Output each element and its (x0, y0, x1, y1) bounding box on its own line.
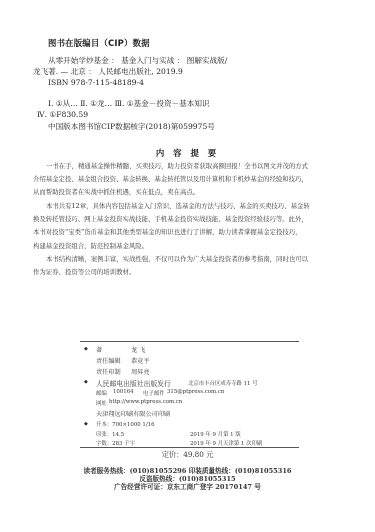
website-label: 网址 (96, 399, 107, 407)
author-name: 龙 飞 (131, 345, 145, 354)
summary-paragraph-1: 一书在手，精通基金操作精髓、买卖技巧，助力投资者获取高额回报！全书以图文并茂的方… (33, 160, 343, 200)
print-run: 2019 年 9 月天津第 1 次印刷 (190, 439, 262, 447)
summary-paragraph-2: 本书共有12章，具体内容包括基金入门常识、选基金的方法与技巧、基金的买卖技巧、基… (33, 200, 343, 253)
publisher-name: 人民邮电出版社出版发行 (96, 378, 171, 388)
bullet-icon: ◆ (84, 346, 88, 352)
paragraph-line: 构建基金投资组合，防范控制基金风险。 (33, 240, 343, 253)
paragraph-line: 一书在手，精通基金操作精髓、买卖技巧，助力投资者获取高额回报！全书以图文并茂的方… (33, 160, 343, 173)
website-link[interactable]: http://www.ptpress.com.cn (109, 399, 182, 405)
edition-date: 2019 年 9 月第 1 版 (190, 430, 241, 438)
editor-label: 责任编辑 (96, 356, 121, 365)
cip-classification-line-2: Ⅳ. ①F830.59 (37, 110, 88, 120)
paragraph-line: 本书结构清晰，案例丰富，实战性强，不仅可以作为广大基金投资者的参考指南，同时也可… (33, 253, 343, 266)
summary-heading: 内 容 提 要 (0, 147, 375, 159)
email-link[interactable]: 315@ptpress.com.cn (167, 389, 224, 395)
printing-supervisor-label: 责任印制 (96, 367, 121, 376)
printing-supervisor-name: 周昇亮 (131, 367, 150, 376)
editor-name: 恭竟平 (131, 356, 150, 365)
cip-classification-line-1: Ⅰ. ①从… Ⅱ. ①龙… Ⅲ. ①基金－投资－基本知识 (48, 99, 210, 109)
cip-isbn: ISBN 978-7-115-48189-4 (48, 78, 144, 88)
paragraph-line: 从而帮助投资者在实战中抓住机遇，买在低点，卖在高点。 (33, 186, 343, 199)
top-divider (80, 341, 299, 342)
paragraph-line: 换及转托管技巧、网上基金投资实战技能、手机基金投资实战技能、基金投资经验技巧等。… (33, 213, 343, 226)
paragraph-line: 作为证券、投资等公司的培训教材。 (33, 266, 343, 279)
word-count: 字数：283 千字 (96, 439, 135, 447)
cip-heading: 图书在版编目（CIP）数据 (48, 37, 150, 49)
summary-paragraph-3: 本书结构清晰，案例丰富，实战性强，不仅可以作为广大基金投资者的参考指南，同时也可… (33, 253, 343, 279)
bullet-icon: ◆ (84, 421, 88, 427)
advertising-license: 广告经营许可证：京东工商广登字 20170147 号 (0, 481, 375, 491)
paragraph-line: 介绍基金定投、基金组合投资、基金转换、基金转托管以及用计算机和手机炒基金的经验和… (33, 173, 343, 186)
author-label: 著 (96, 345, 102, 354)
book-format: 开本：700×1000 1/16 (96, 420, 155, 428)
paragraph-line: 本书对投资“宝类”货币基金和其他类型基金的知识也进行了讲解，助力读者掌握基金定投… (33, 226, 343, 239)
price: 定价：49.80 元 (0, 450, 375, 460)
cip-record-line-2: 龙飞著. — 北京 ： 人民邮电出版社, 2019.9 (33, 67, 183, 77)
email-label: 电子邮件 (143, 389, 165, 397)
cip-record-line-1: 从零开始学炒基金 ： 基金入门与实战 ： 图解实战版/ (48, 56, 227, 66)
publisher-address: 北京市丰台区成寿寺路 11 号 (188, 379, 258, 387)
postcode: 100164 (113, 389, 134, 395)
printed-sheets: 印张：14.5 (96, 430, 124, 438)
cip-verification-number: 中国版本图书馆CIP数据核字(2018)第059975号 (48, 122, 215, 132)
postcode-label: 邮编 (96, 389, 107, 397)
bullet-icon: ◆ (84, 379, 88, 385)
bottom-divider (80, 447, 299, 448)
printer-name: 天津翔远印刷有限公司印刷 (96, 409, 170, 418)
paragraph-line: 本书共有12章，具体内容包括基金入门常识、选基金的方法与技巧、基金的买卖技巧、基… (33, 200, 343, 213)
